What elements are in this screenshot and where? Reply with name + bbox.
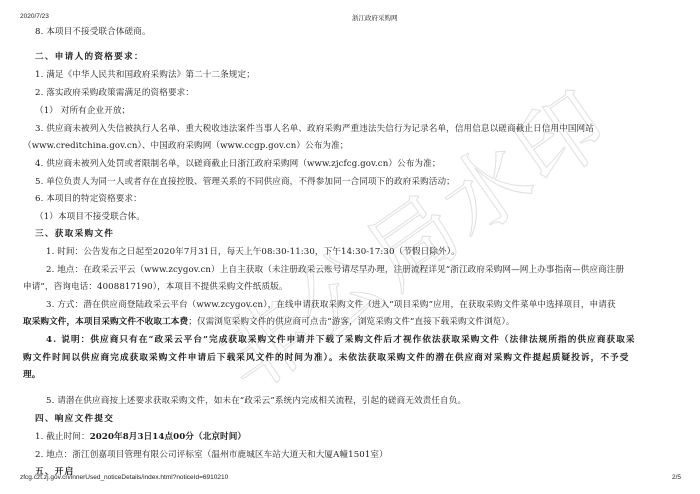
print-date: 2020/7/23	[20, 13, 49, 20]
submission-deadline-value: 2020年8月3日14点00分（北京时间）	[90, 432, 246, 442]
item-no-consortium-bid: 8. 本项目不接受联合体磋商。	[35, 27, 151, 38]
qualification-2-1: （1） 对所有企业开放；	[35, 106, 130, 117]
submission-deadline-label: 1. 截止时间：	[35, 432, 90, 442]
obtain-note-end: 理。	[23, 370, 40, 381]
qualification-3: 3. 供应商未被列入失信被执行人名单、重大税收违法案件当事人名单、政府采购严重违…	[35, 124, 594, 135]
obtain-location-cont: 申请”，咨询电话：4008817190），本项目不提供采购文件纸质版。	[23, 282, 288, 293]
page-url: zfcg.czt.zj.gov.cn/innerUsed_noticeDetai…	[20, 474, 228, 481]
qualification-1: 1. 满足《中华人民共和国政府采购法》第二十二条规定；	[35, 70, 255, 81]
qualification-4: 4. 供应商未被列入处罚或者限制名单，以磋商截止日浙江政府采购网（www.zjc…	[35, 159, 441, 170]
submission-location: 2. 地点：浙江创嘉项目管理有限公司评标室（温州市鹿城区车站大道天和大厦A幢15…	[35, 450, 388, 461]
site-title: 浙江政府采购网	[352, 13, 398, 22]
qualification-3-cont: （www.creditchina.gov.cn）、中国政府采购网（www.ccg…	[23, 141, 349, 152]
obtain-method-cont: 取采购文件，本项目采购文件不收取工本费；仅需浏览采购文件的供应商可点击“游客，浏…	[23, 317, 515, 328]
section-heading-qualifications: 二、申请人的资格要求：	[35, 52, 144, 63]
obtain-note-cont: 购文件时间以供应商完成获取采购文件申请后下载采风文件的时间为准）。未依法获取采购…	[23, 353, 629, 364]
obtain-note: 4. 说明：供应商只有在“政采云平台”完成获取采购文件申请并下载了采购文件后才视…	[46, 335, 636, 346]
qualification-5: 5. 单位负责人为同一人或者存在直接控股、管理关系的不同供应商，不得参加同一合同…	[35, 177, 455, 188]
obtain-method-browse-note: ；仅需浏览采购文件的供应商可点击“游客，浏览采购文件”直接下载采购文件浏览）。	[188, 317, 514, 327]
page-number: 2/5	[672, 474, 681, 481]
section-heading-submission: 四、响应文件提交	[35, 414, 114, 425]
submission-deadline: 1. 截止时间：2020年8月3日14点00分（北京时间）	[35, 432, 246, 443]
qualification-6: 6. 本项目的特定资格要求：	[35, 194, 142, 205]
qualification-2: 2. 落实政府采购政策需满足的资格要求：	[35, 88, 194, 99]
section-heading-obtain-docs: 三、获取采购文件	[35, 229, 114, 240]
obtain-time: 1. 时间：公告发布之日起至2020年7月31日，每天上午08:30-11:30…	[46, 247, 460, 258]
qualification-6-1: （1）本项目不接受联合体。	[35, 212, 145, 223]
obtain-location: 2. 地点：在政采云平云（www.zcygov.cn）上自主获取（未注册政采云账…	[46, 265, 624, 276]
obtain-warning: 5. 请潜在供应商按上述要求获取采购文件，如未在“政采云”系统内完成相关流程，引…	[46, 396, 466, 407]
obtain-method: 3. 方式：潜在供应商登陆政采云平台（www.zcygov.cn），在线申请获取…	[46, 300, 616, 311]
obtain-method-fee-note: 取采购文件，本项目采购文件不收取工本费	[23, 317, 188, 327]
